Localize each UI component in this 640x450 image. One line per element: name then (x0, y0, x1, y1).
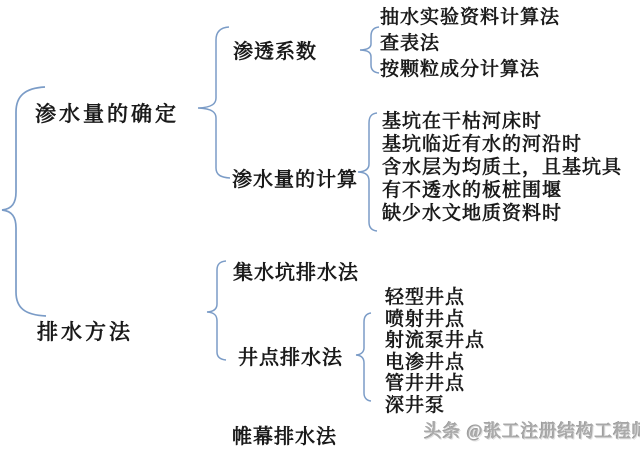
node-label-curtain-drainage: 帷幕排水法 (232, 420, 337, 449)
calculation-items-brace (358, 113, 377, 231)
branch-label-seepage-volume: 渗水量的确定 (35, 98, 179, 128)
drainage-children-brace (207, 261, 226, 360)
leaf-item: 基坑临近有水的河沿时 (382, 133, 622, 156)
leaf-item: 喷射井点 (385, 309, 485, 331)
leaf-item: 抽水实验资料计算法 (380, 5, 560, 31)
wellpoint-items-brace (356, 313, 371, 401)
branch-label-drainage-methods: 排水方法 (37, 316, 133, 346)
node-label-seepage-calculation: 渗水量的计算 (232, 163, 358, 192)
leaf-item: 有不透水的板桩围堰 (382, 179, 622, 202)
leaf-item: 缺少水文地质资料时 (382, 202, 622, 225)
calculation-items-group: 基坑在干枯河床时 基坑临近有水的河沿时 含水层为均质土，且基坑具 有不透水的板桩… (382, 110, 622, 225)
bracket-diagram: 渗水量的确定 排水方法 渗透系数 渗水量的计算 抽水实验资料计算法 查表法 按颗… (0, 0, 640, 450)
leaf-item: 查表法 (380, 31, 560, 57)
leaf-item: 深井泵 (385, 395, 485, 417)
permeability-items-group: 抽水实验资料计算法 查表法 按颗粒成分计算法 (380, 5, 560, 83)
leaf-item: 轻型井点 (385, 287, 485, 309)
wellpoint-items-group: 轻型井点 喷射井点 射流泵井点 电渗井点 管井井点 深井泵 (385, 287, 485, 416)
leaf-item: 电渗井点 (385, 352, 485, 374)
node-label-wellpoint-drainage: 井点排水法 (238, 341, 343, 370)
leaf-item: 管井井点 (385, 373, 485, 395)
seepage-children-brace (198, 27, 230, 178)
leaf-item: 含水层为均质土，且基坑具 (382, 156, 622, 179)
leaf-item: 按颗粒成分计算法 (380, 57, 560, 83)
watermark: 头条 @张工注册结构工程师 (424, 418, 640, 443)
node-label-sump-drainage: 集水坑排水法 (233, 256, 359, 285)
permeability-items-brace (360, 27, 379, 73)
leaf-item: 基坑在干枯河床时 (382, 110, 622, 133)
leaf-item: 射流泵井点 (385, 330, 485, 352)
node-label-permeability-coefficient: 渗透系数 (233, 35, 317, 64)
